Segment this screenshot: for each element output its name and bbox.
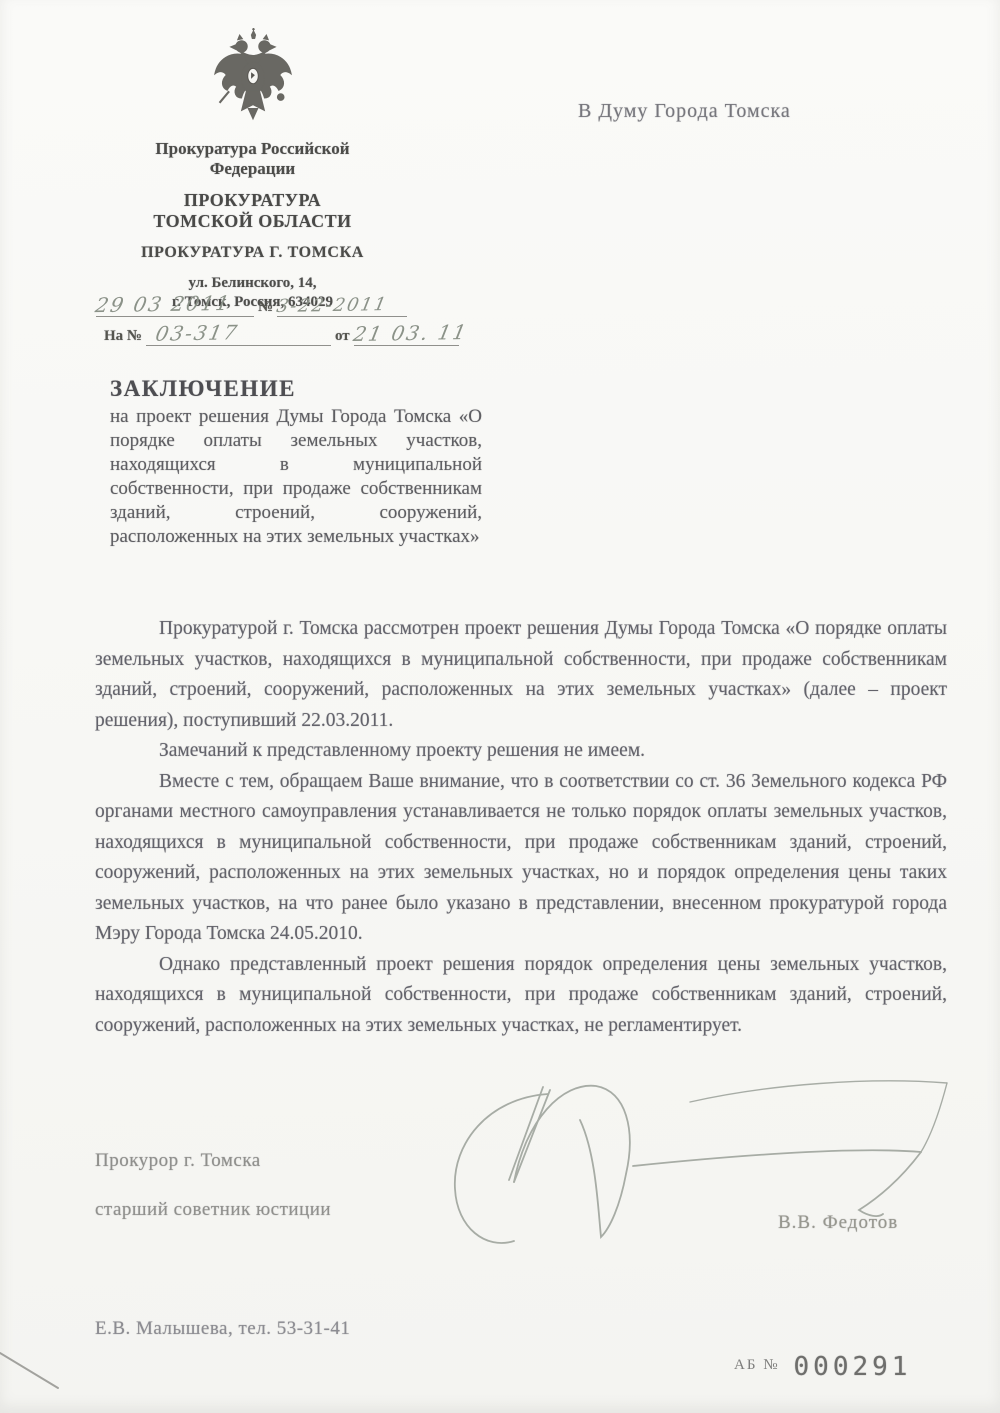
executor-contact: Е.В. Малышева, тел. 53-31-41 [95, 1318, 350, 1340]
reference-requisites-line: На № 03-317 от 21 03. 11 [104, 321, 464, 346]
recipient-address: В Думу Города Томска [578, 100, 791, 123]
form-blank-stamp: АБ №000291 [734, 1352, 911, 1382]
org-city: ПРОКУРАТУРА Г. ТОМСКА [100, 244, 405, 262]
signer-position-line2: старший советник юстиции [95, 1199, 331, 1221]
outgoing-number-handwritten: 3-22-2011 [275, 294, 390, 317]
paragraph-3: Вместе с тем, обращаем Ваше внимание, чт… [95, 767, 947, 950]
coat-of-arms-icon [100, 28, 405, 131]
paragraph-1: Прокуратурой г. Томска рассмотрен проект… [95, 614, 947, 736]
signer-name: В.В. Федотов [778, 1212, 898, 1234]
outgoing-number-field: 3-22-2011 [277, 295, 407, 317]
org-region-line2: ТОМСКОЙ ОБЛАСТИ [100, 211, 405, 232]
document-subject: на проект решения Думы Города Томска «О … [110, 405, 482, 549]
outgoing-date-handwritten: 29 03 2011 [93, 291, 233, 317]
org-region-line1: ПРОКУРАТУРА [100, 190, 405, 211]
ref-from-label: от [335, 328, 350, 344]
blank-series-label: АБ № [734, 1357, 780, 1373]
corner-pen-mark [0, 1350, 70, 1395]
outgoing-requisites-line: 29 03 2011 № 3-22-2011 [96, 292, 426, 317]
address-street: ул. Белинского, 14, [100, 274, 405, 293]
document-page: Прокуратура Российской Федерации ПРОКУРА… [0, 0, 1000, 1413]
ref-date-handwritten: 21 03. 11 [351, 320, 470, 346]
signer-position-line1: Прокурор г. Томска [95, 1150, 261, 1172]
org-federation-line2: Федерации [100, 159, 405, 179]
paragraph-2: Замечаний к представленному проекту реше… [95, 736, 947, 767]
ref-label: На № [104, 328, 142, 344]
ref-number-field: 03-317 [146, 321, 331, 346]
paragraph-4: Однако представленный проект решения пор… [95, 950, 947, 1042]
title-block: ЗАКЛЮЧЕНИЕ на проект решения Думы Города… [110, 376, 482, 549]
blank-number: 000291 [794, 1352, 912, 1382]
number-sign-label: № [258, 299, 273, 315]
ref-date-field: 21 03. 11 [354, 321, 459, 346]
body-text: Прокуратурой г. Томска рассмотрен проект… [95, 614, 947, 1041]
document-title: ЗАКЛЮЧЕНИЕ [110, 376, 482, 402]
letterhead: Прокуратура Российской Федерации ПРОКУРА… [100, 28, 405, 312]
signature-stroke [430, 1058, 950, 1273]
org-federation-line1: Прокуратура Российской [100, 139, 405, 159]
ref-number-handwritten: 03-317 [154, 320, 241, 345]
outgoing-date-field: 29 03 2011 [96, 292, 254, 317]
